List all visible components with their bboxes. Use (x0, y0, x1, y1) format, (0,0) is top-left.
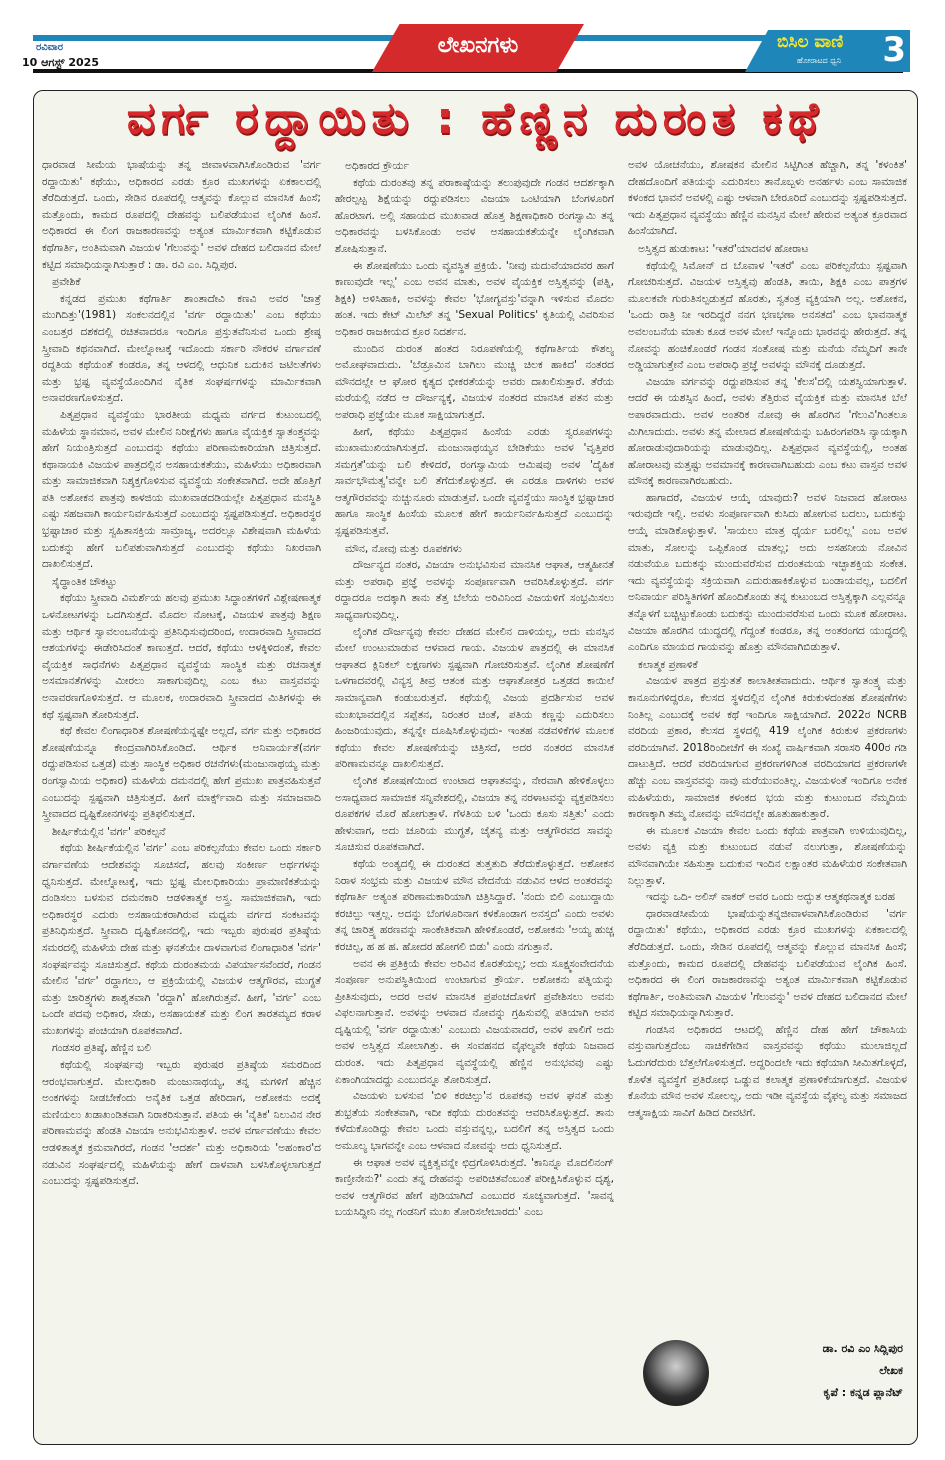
paragraph: ವಿಜಯಳು ಬಳಸುವ 'ಬಿಳಿ ಕರಚಿಲ್ಪು'ನ ರೂಪಕವು ಅವಳ… (335, 1088, 614, 1154)
paragraph: ಕಥೆಯು ಸ್ತ್ರೀವಾದಿ ವಿಮರ್ಶೆಯ ಹಲವು ಪ್ರಮುಖ ಸಿ… (42, 590, 321, 723)
paragraph: ಧಾರವಾಡಸೀಮೆಯ ಭಾಷೆಯನ್ನುತನ್ನಜೀವಾಳವಾಗಿಸಿಕೊಂಡ… (628, 906, 907, 1022)
paragraph: ಕಥೆಯ ದುರಂತವು ತನ್ನ ಪರಾಕಾಷ್ಠೆಯನ್ನು ತಲುಪುವು… (335, 175, 614, 258)
byline: ಡಾ. ರವಿ ಎಂ ಸಿದ್ಲಿಪುರ ಲೇಖಕ ಕೃಪೆ : ಕನ್ನಡ ಪ… (603, 1330, 903, 1430)
issue-date: 10 ಆಗಸ್ಟ್ 2025 (22, 56, 99, 70)
paragraph: ಲೈಂಗಿಕ ಶೋಷಣೆಯಿಂದ ಉಂಟಾದ ಆಘಾತವನ್ನು, ನೇರವಾಗ… (335, 773, 614, 856)
paragraph: ಅವನ ಈ ಪ್ರತಿಕ್ರಿಯೆ ಕೇವಲ ಅರಿವಿನ ಕೊರತೆಯಲ್ಲ;… (335, 956, 614, 1089)
paragraph: ಕಥೆ ಕೇವಲ ಲಿಂಗಾಧಾರಿತ ಶೋಷಣೆಯನ್ನಷ್ಟೇ ಅಲ್ಲದೆ… (42, 723, 321, 823)
section-label: ಲೇಖನಗಳು (372, 33, 584, 58)
subheading: ಕಲಾತ್ಮಕ ಪ್ರಣಾಳಿಕೆ (628, 657, 907, 674)
section-tab: ಲೇಖನಗಳು (372, 24, 584, 72)
paragraph: ದೌರ್ಜನ್ಯದ ನಂತರ, ವಿಜಯಾ ಅನುಭವಿಸುವ ಮಾನಸಿಕ ಆ… (335, 557, 614, 623)
masthead-name: ಬಿಸಿಲ ವಾಣಿ (777, 32, 843, 52)
paragraph: ಧಾರವಾಡ ಸೀಮೆಯ ಭಾಷೆಯನ್ನು ತನ್ನ ಜೀವಾಳವಾಗಿಸಿಕ… (42, 157, 321, 273)
paragraph: ಈ ಶೋಷಣೆಯು ಒಂದು ವ್ಯವಸ್ಥಿತ ಪ್ರಕ್ರಿಯೆ. 'ನೀವ… (335, 258, 614, 341)
paragraph: ಗಂಡಸಿನ ಅಧಿಕಾರದ ಆಟದಲ್ಲಿ ಹೆಣ್ಣಿನ ದೇಹ ಹೇಗೆ … (628, 1022, 907, 1122)
paragraph: ಕನ್ನಡದ ಪ್ರಮುಖ ಕಥೆಗಾರ್ತಿ ಶಾಂತಾದೇವಿ ಕಣವಿ ಅ… (42, 291, 321, 407)
article-column-3: ಅವಳ ಯೋಚನೆಯು, ಶೋಷಕನ ಮೇಲಿನ ಸಿಟ್ಟಿಗಿಂತ ಹೆಚ್… (628, 157, 907, 1434)
paragraph: ಕಥೆಯಲ್ಲಿ ಸಿಮೋನ್ ದ ಬೊವಾಳ 'ಇತರೆ' ಎಂಬ ಪರಿಕಲ… (628, 258, 907, 374)
page-number: 3 (882, 30, 906, 70)
paragraph: ಕಥೆಯಲ್ಲಿ ಸಂಘರ್ಷವು ಇಬ್ಬರು ಪುರುಷರ ಪ್ರತಿಷ್ಠ… (42, 1057, 321, 1190)
author-photo (643, 1340, 709, 1406)
subheading: ಗಂಡಸರ ಪ್ರತಿಷ್ಠೆ, ಹೆಣ್ಣಿನ ಬಲಿ (42, 1040, 321, 1057)
paragraph: ಅವಳ ಯೋಚನೆಯು, ಶೋಷಕನ ಮೇಲಿನ ಸಿಟ್ಟಿಗಿಂತ ಹೆಚ್… (628, 157, 907, 240)
subheading: ಶೀರ್ಷಿಕೆಯಲ್ಲಿನ 'ವರ್ಗ' ಪರಿಕಲ್ಪನೆ (42, 824, 321, 841)
article-column-1: ಧಾರವಾಡ ಸೀಮೆಯ ಭಾಷೆಯನ್ನು ತನ್ನ ಜೀವಾಳವಾಗಿಸಿಕ… (42, 157, 321, 1434)
subheading: ಅಧಿಕಾರದ ಕ್ರೌರ್ಯ (335, 158, 614, 175)
subheading: ಅಸ್ತಿತ್ವದ ಹುಡುಕಾಟ: 'ಇತರೆ'ಯಾದವಳ ಹೋರಾಟ (628, 241, 907, 258)
paragraph: ಮುಂದಿನ ದುರಂತ ಹಂತದ ನಿರೂಪಣೆಯಲ್ಲಿ ಕಥೆಗಾರ್ತಿ… (335, 341, 614, 424)
masthead-tagline: ಹೋರಾಟದ ಧ್ವನಿ (797, 56, 841, 66)
article-box: ವರ್ಗ ರದ್ದಾಯಿತು : ಹೆಣ್ಣಿನ ದುರಂತ ಕಥೆ ಧಾರವಾ… (33, 90, 918, 1445)
paragraph: ಕಥೆಯ ಶೀರ್ಷಿಕೆಯಲ್ಲಿನ 'ವರ್ಗ' ಎಂಬ ಪರಿಕಲ್ಪನೆ… (42, 840, 321, 1039)
paragraph: ಲೈಂಗಿಕ ದೌರ್ಜನ್ಯವು ಕೇವಲ ದೇಹದ ಮೇಲಿನ ದಾಳಿಯಲ… (335, 624, 614, 773)
page-header: ರವಿವಾರ 10 ಆಗಸ್ಟ್ 2025 ಲೇಖನಗಳು ಬಿಸಿಲ ವಾಣಿ… (0, 0, 945, 80)
article-headline: ವರ್ಗ ರದ್ದಾಯಿತು : ಹೆಣ್ಣಿನ ದುರಂತ ಕಥೆ (34, 93, 917, 144)
article-columns: ಧಾರವಾಡ ಸೀಮೆಯ ಭಾಷೆಯನ್ನು ತನ್ನ ಜೀವಾಳವಾಗಿಸಿಕ… (42, 157, 907, 1434)
subheading: ಮೌನ, ನೋವು ಮತ್ತು ರೂಪಕಗಳು (335, 541, 614, 558)
author-role: ಲೇಖಕ (879, 1364, 903, 1378)
masthead: ಬಿಸಿಲ ವಾಣಿ ಹೋರಾಟದ ಧ್ವನಿ 3 (745, 30, 910, 72)
paragraph: ಕಥೆಯ ಅಂತ್ಯದಲ್ಲಿ ಈ ದುರಂತದ ತುತ್ತತುದಿ ತೆರೆದ… (335, 856, 614, 956)
paragraph: ವಿಜಯಳ ಪಾತ್ರದ ಪ್ರಸ್ತುತತೆ ಕಾಲಾತೀತವಾದುದು. ಆ… (628, 673, 907, 822)
paragraph: ಈ ಆಘಾತ ಅವಳ ವ್ಯಕ್ತಿತ್ವವನ್ನೇ ಛಿದ್ರಗೊಳಿಸಿರು… (335, 1155, 614, 1221)
paragraph: ವಿಜಯಾ ವರ್ಗವನ್ನು ರದ್ದುಪಡಿಸುವ ತನ್ನ 'ಕೆಲಸ'ದ… (628, 374, 907, 490)
subheading: ಸೈದ್ಧಾಂತಿಕ ಚೌಕಟ್ಟು (42, 574, 321, 591)
subheading: ಪ್ರವೇಶಿಕೆ (42, 274, 321, 291)
article-column-2: ಅಧಿಕಾರದ ಕ್ರೌರ್ಯಕಥೆಯ ದುರಂತವು ತನ್ನ ಪರಾಕಾಷ್… (335, 157, 614, 1434)
paragraph: ಇದನ್ನು ಒದಿ- ಅಲಿಸ್ ವಾಕರ್ ಅವರ ಒಂದು ಅದ್ಭುತ … (628, 889, 907, 906)
paragraph: ಹಾಗಾದರೆ, ವಿಜಯಳ ಆಯ್ಕೆ ಯಾವುದು? ಅವಳ ನಿಜವಾದ … (628, 490, 907, 656)
author-name: ಡಾ. ರವಿ ಎಂ ಸಿದ್ಲಿಪುರ (823, 1342, 903, 1356)
paragraph: ಹೀಗೆ, ಕಥೆಯು ಪಿತೃಪ್ರಧಾನ ಹಿಂಸೆಯ ಎರಡು ಸ್ವರೂ… (335, 424, 614, 540)
paragraph: ಪಿತೃಪ್ರಧಾನ ವ್ಯವಸ್ಥೆಯು ಭಾರತೀಯ ಮಧ್ಯಮ ವರ್ಗದ… (42, 407, 321, 573)
issue-day: ರವಿವಾರ (36, 42, 63, 53)
source-credit: ಕೃಪೆ : ಕನ್ನಡ ಪ್ಲಾನೆಟ್ (824, 1386, 903, 1400)
paragraph: ಈ ಮೂಲಕ ವಿಜಯಾ ಕೇವಲ ಒಂದು ಕಥೆಯ ಪಾತ್ರವಾಗಿ ಉಳ… (628, 823, 907, 889)
